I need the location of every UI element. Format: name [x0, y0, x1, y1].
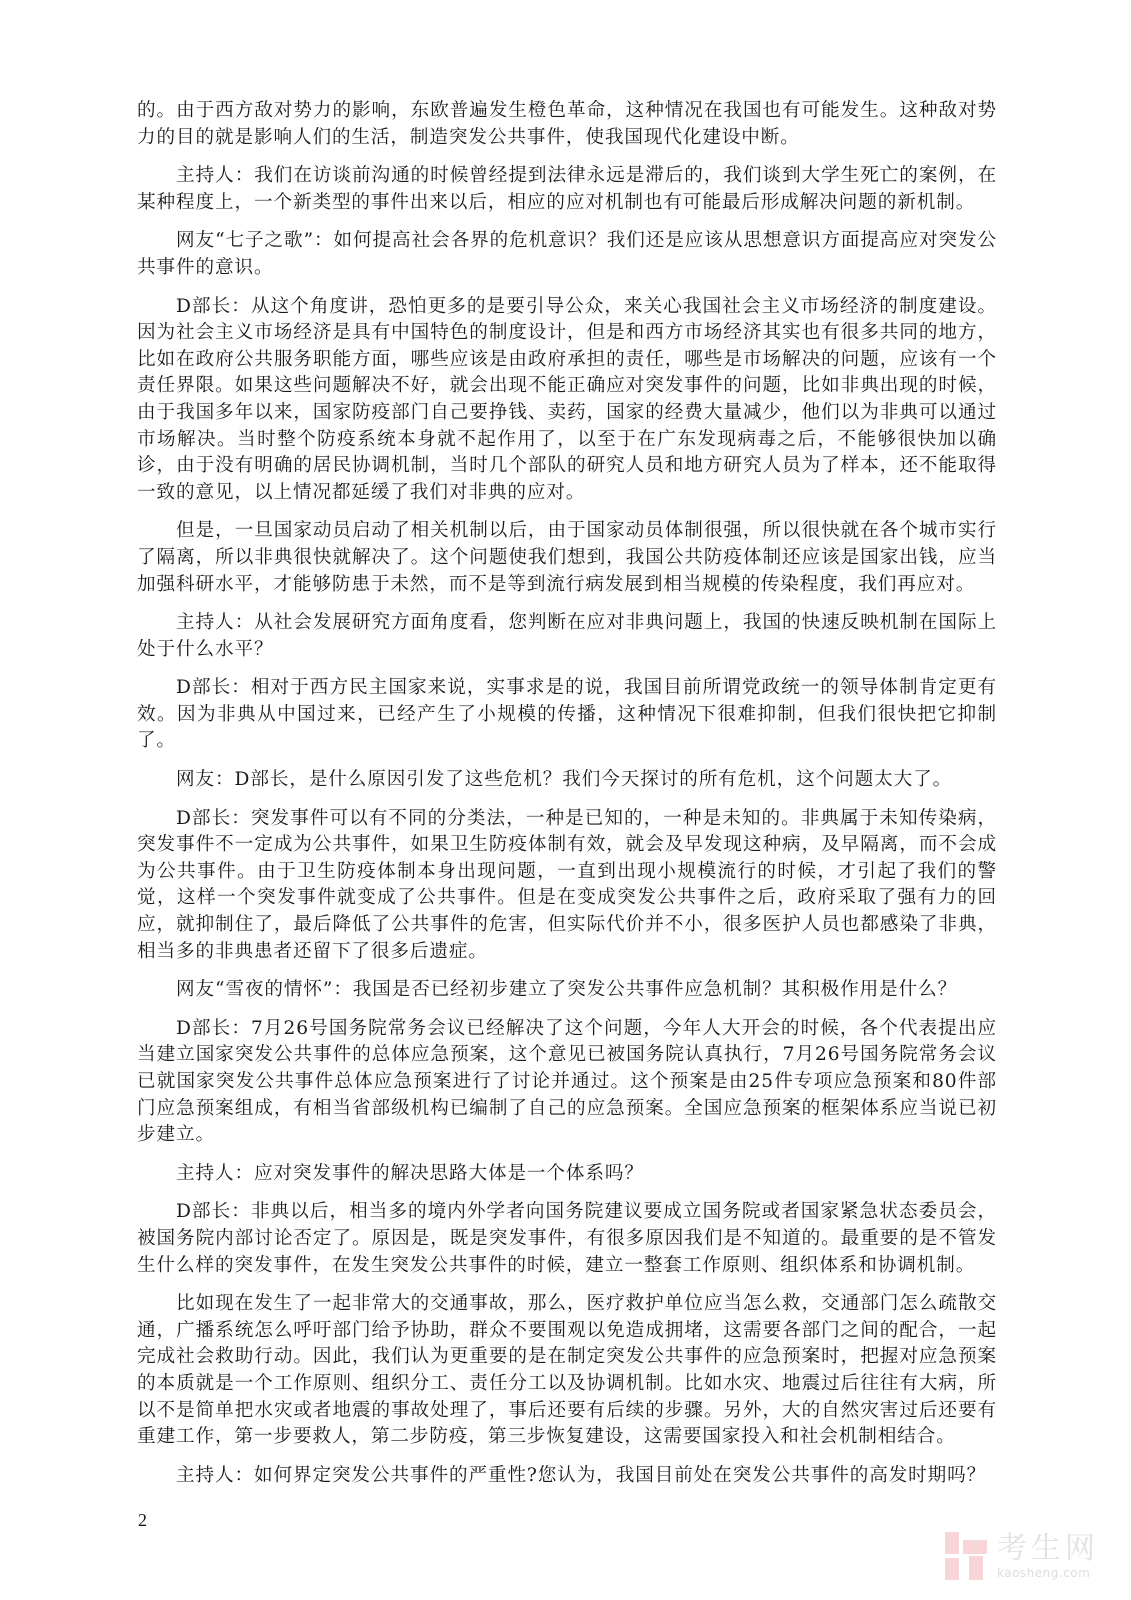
paragraph: 的。由于西方敌对势力的影响，东欧普遍发生橙色革命，这种情况在我国也有可能发生。这…	[137, 98, 997, 151]
paragraph: 网友“雪夜的情怀”：我国是否已经初步建立了突发公共事件应急机制？其积极作用是什么…	[137, 977, 997, 1004]
paragraph: D部长：相对于西方民主国家来说，实事求是的说，我国目前所谓党政统一的领导体制肯定…	[137, 675, 997, 755]
watermark-name-cn: 考生网	[997, 1534, 1099, 1564]
watermark: 考生网 kaosheng.com	[945, 1528, 1115, 1584]
paragraph: D部长：7月26号国务院常务会议已经解决了这个问题，今年人大开会的时候，各个代表…	[137, 1016, 997, 1149]
document-body: 的。由于西方敌对势力的影响，东欧普遍发生橙色革命，这种情况在我国也有可能发生。这…	[137, 98, 997, 1501]
paragraph: 网友：D部长，是什么原因引发了这些危机？我们今天探讨的所有危机，这个问题太大了。	[137, 767, 997, 794]
page-number: 2	[138, 1510, 147, 1531]
paragraph: 主持人：从社会发展研究方面角度看，您判断在应对非典问题上，我国的快速反映机制在国…	[137, 610, 997, 663]
paragraph: 网友“七子之歌”：如何提高社会各界的危机意识？我们还是应该从思想意识方面提高应对…	[137, 228, 997, 281]
paragraph: D部长：从这个角度讲，恐怕更多的是要引导公众，来关心我国社会主义市场经济的制度建…	[137, 294, 997, 507]
paragraph: 主持人：我们在访谈前沟通的时候曾经提到法律永远是滞后的，我们谈到大学生死亡的案例…	[137, 163, 997, 216]
watermark-name-en: kaosheng.com	[997, 1567, 1099, 1579]
kaosheng-logo-icon	[945, 1532, 987, 1580]
paragraph: 但是，一旦国家动员启动了相关机制以后，由于国家动员体制很强，所以很快就在各个城市…	[137, 518, 997, 598]
paragraph: 主持人：如何界定突发公共事件的严重性?您认为，我国目前处在突发公共事件的高发时期…	[137, 1463, 997, 1490]
paragraph: 比如现在发生了一起非常大的交通事故，那么，医疗救护单位应当怎么救，交通部门怎么疏…	[137, 1291, 997, 1451]
paragraph: 主持人：应对突发事件的解决思路大体是一个体系吗？	[137, 1161, 997, 1188]
watermark-text: 考生网 kaosheng.com	[997, 1534, 1099, 1579]
paragraph: D部长：突发事件可以有不同的分类法，一种是已知的，一种是未知的。非典属于未知传染…	[137, 806, 997, 966]
paragraph: D部长：非典以后，相当多的境内外学者向国务院建议要成立国务院或者国家紧急状态委员…	[137, 1199, 997, 1279]
